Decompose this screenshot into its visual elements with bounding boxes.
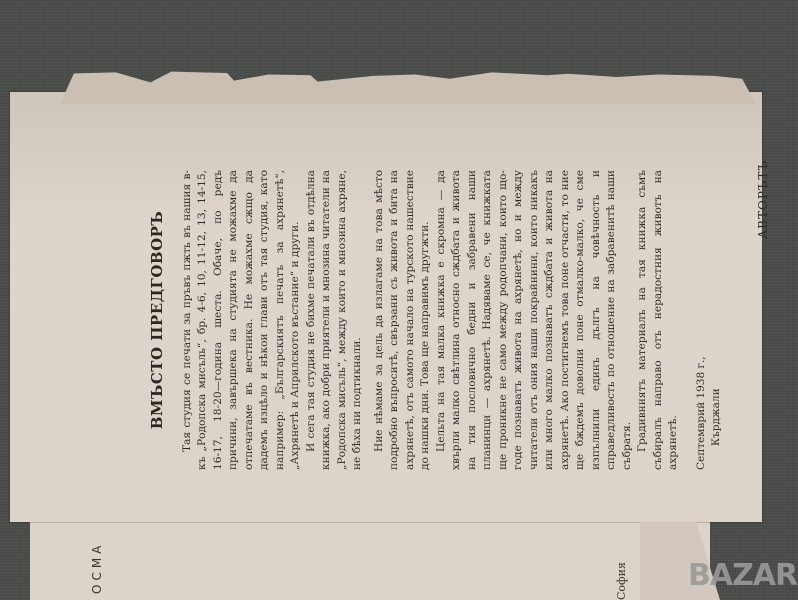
lower-page [30, 522, 710, 600]
page-title: ВМЪСТО ПРЕДГОВОРЪ [150, 170, 166, 470]
paragraph: И сега тая студия не бихме печатали въ о… [304, 170, 366, 470]
lower-page-word-right: София [615, 562, 628, 600]
torn-page-edge [60, 68, 756, 104]
date-place: Септемврий 1938 г., Кърджали [694, 170, 724, 470]
date: Септемврий 1938 г., [694, 170, 709, 470]
paragraph: Ние нѣмаме за цель да излагаме на това м… [372, 170, 434, 470]
paragraph: Тая студия се печати за пръвъ пжть въ на… [180, 170, 304, 470]
lower-page-word-left: ОСМА [90, 542, 104, 594]
city: Кърджали [709, 170, 724, 470]
watermark-logo: BAZAR [688, 558, 797, 593]
paragraph: Градивниятъ материалъ на тая книжка съмъ… [635, 170, 682, 470]
preface-text-block: ВМЪСТО ПРЕДГОВОРЪ Тая студия се печати з… [150, 170, 724, 470]
paragraph: Цельта на тая малка книжка е скромна — д… [434, 170, 636, 470]
signature: АВТОРЪТЪ [756, 160, 772, 239]
